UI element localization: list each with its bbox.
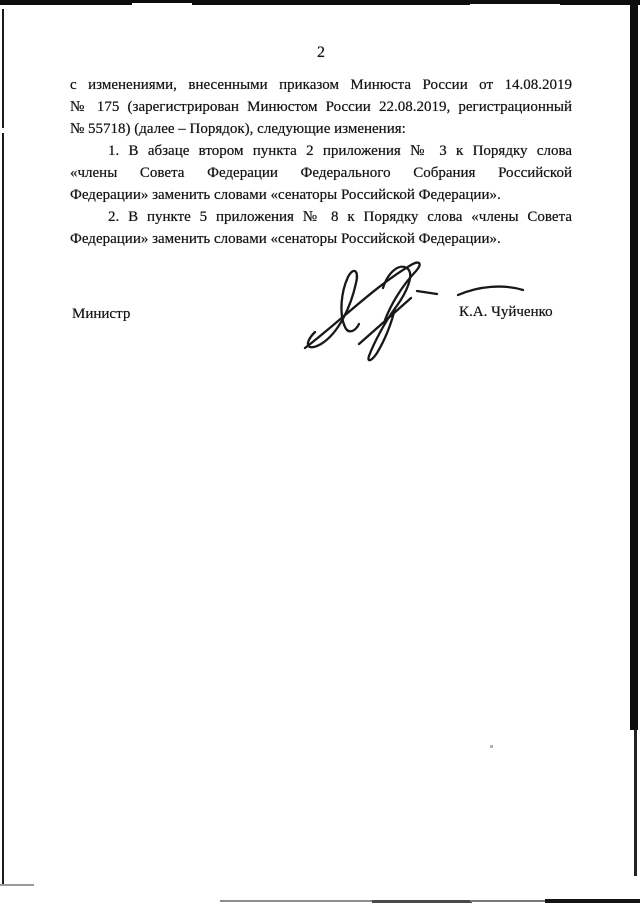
scan-border-left-gap — [1, 128, 5, 133]
scan-border-top-gap — [132, 3, 192, 5]
scan-border-right — [630, 4, 638, 730]
scan-border-bottom — [372, 900, 472, 903]
scan-border-left — [2, 9, 4, 884]
body-line: с изменениями, внесенными приказом Минюс… — [70, 74, 572, 96]
signer-name: К.А. Чуйченко — [459, 304, 553, 321]
scan-border-bottom — [220, 900, 375, 902]
body-line: 2. В пункте 5 приложения № 8 к Порядку с… — [70, 206, 572, 228]
body-line: Федерации» заменить словами «сенаторы Ро… — [70, 184, 572, 206]
scanned-document-page: 2 с изменениями, внесенными приказом Мин… — [0, 0, 640, 905]
body-line: Федерации» заменить словами «сенаторы Ро… — [70, 228, 572, 250]
scan-border-right-thin — [634, 730, 637, 876]
body-line: № 55718) (далее – Порядок), следующие из… — [70, 118, 572, 140]
body-line: «члены Совета Федерации Федерального Соб… — [70, 162, 572, 184]
signer-title: Министр — [72, 306, 130, 323]
document-body: с изменениями, внесенными приказом Минюс… — [70, 74, 572, 250]
scan-border-top-gap — [470, 4, 560, 5]
scan-border-bottom — [545, 899, 640, 903]
scan-noise-speck — [490, 745, 493, 748]
body-line: 1. В абзаце втором пункта 2 приложения №… — [70, 140, 572, 162]
page-number: 2 — [70, 44, 572, 62]
scan-border-bottom — [470, 900, 548, 902]
body-line: № 175 (зарегистрирован Минюстом России 2… — [70, 96, 572, 118]
scan-border-bottom-left — [0, 884, 34, 886]
